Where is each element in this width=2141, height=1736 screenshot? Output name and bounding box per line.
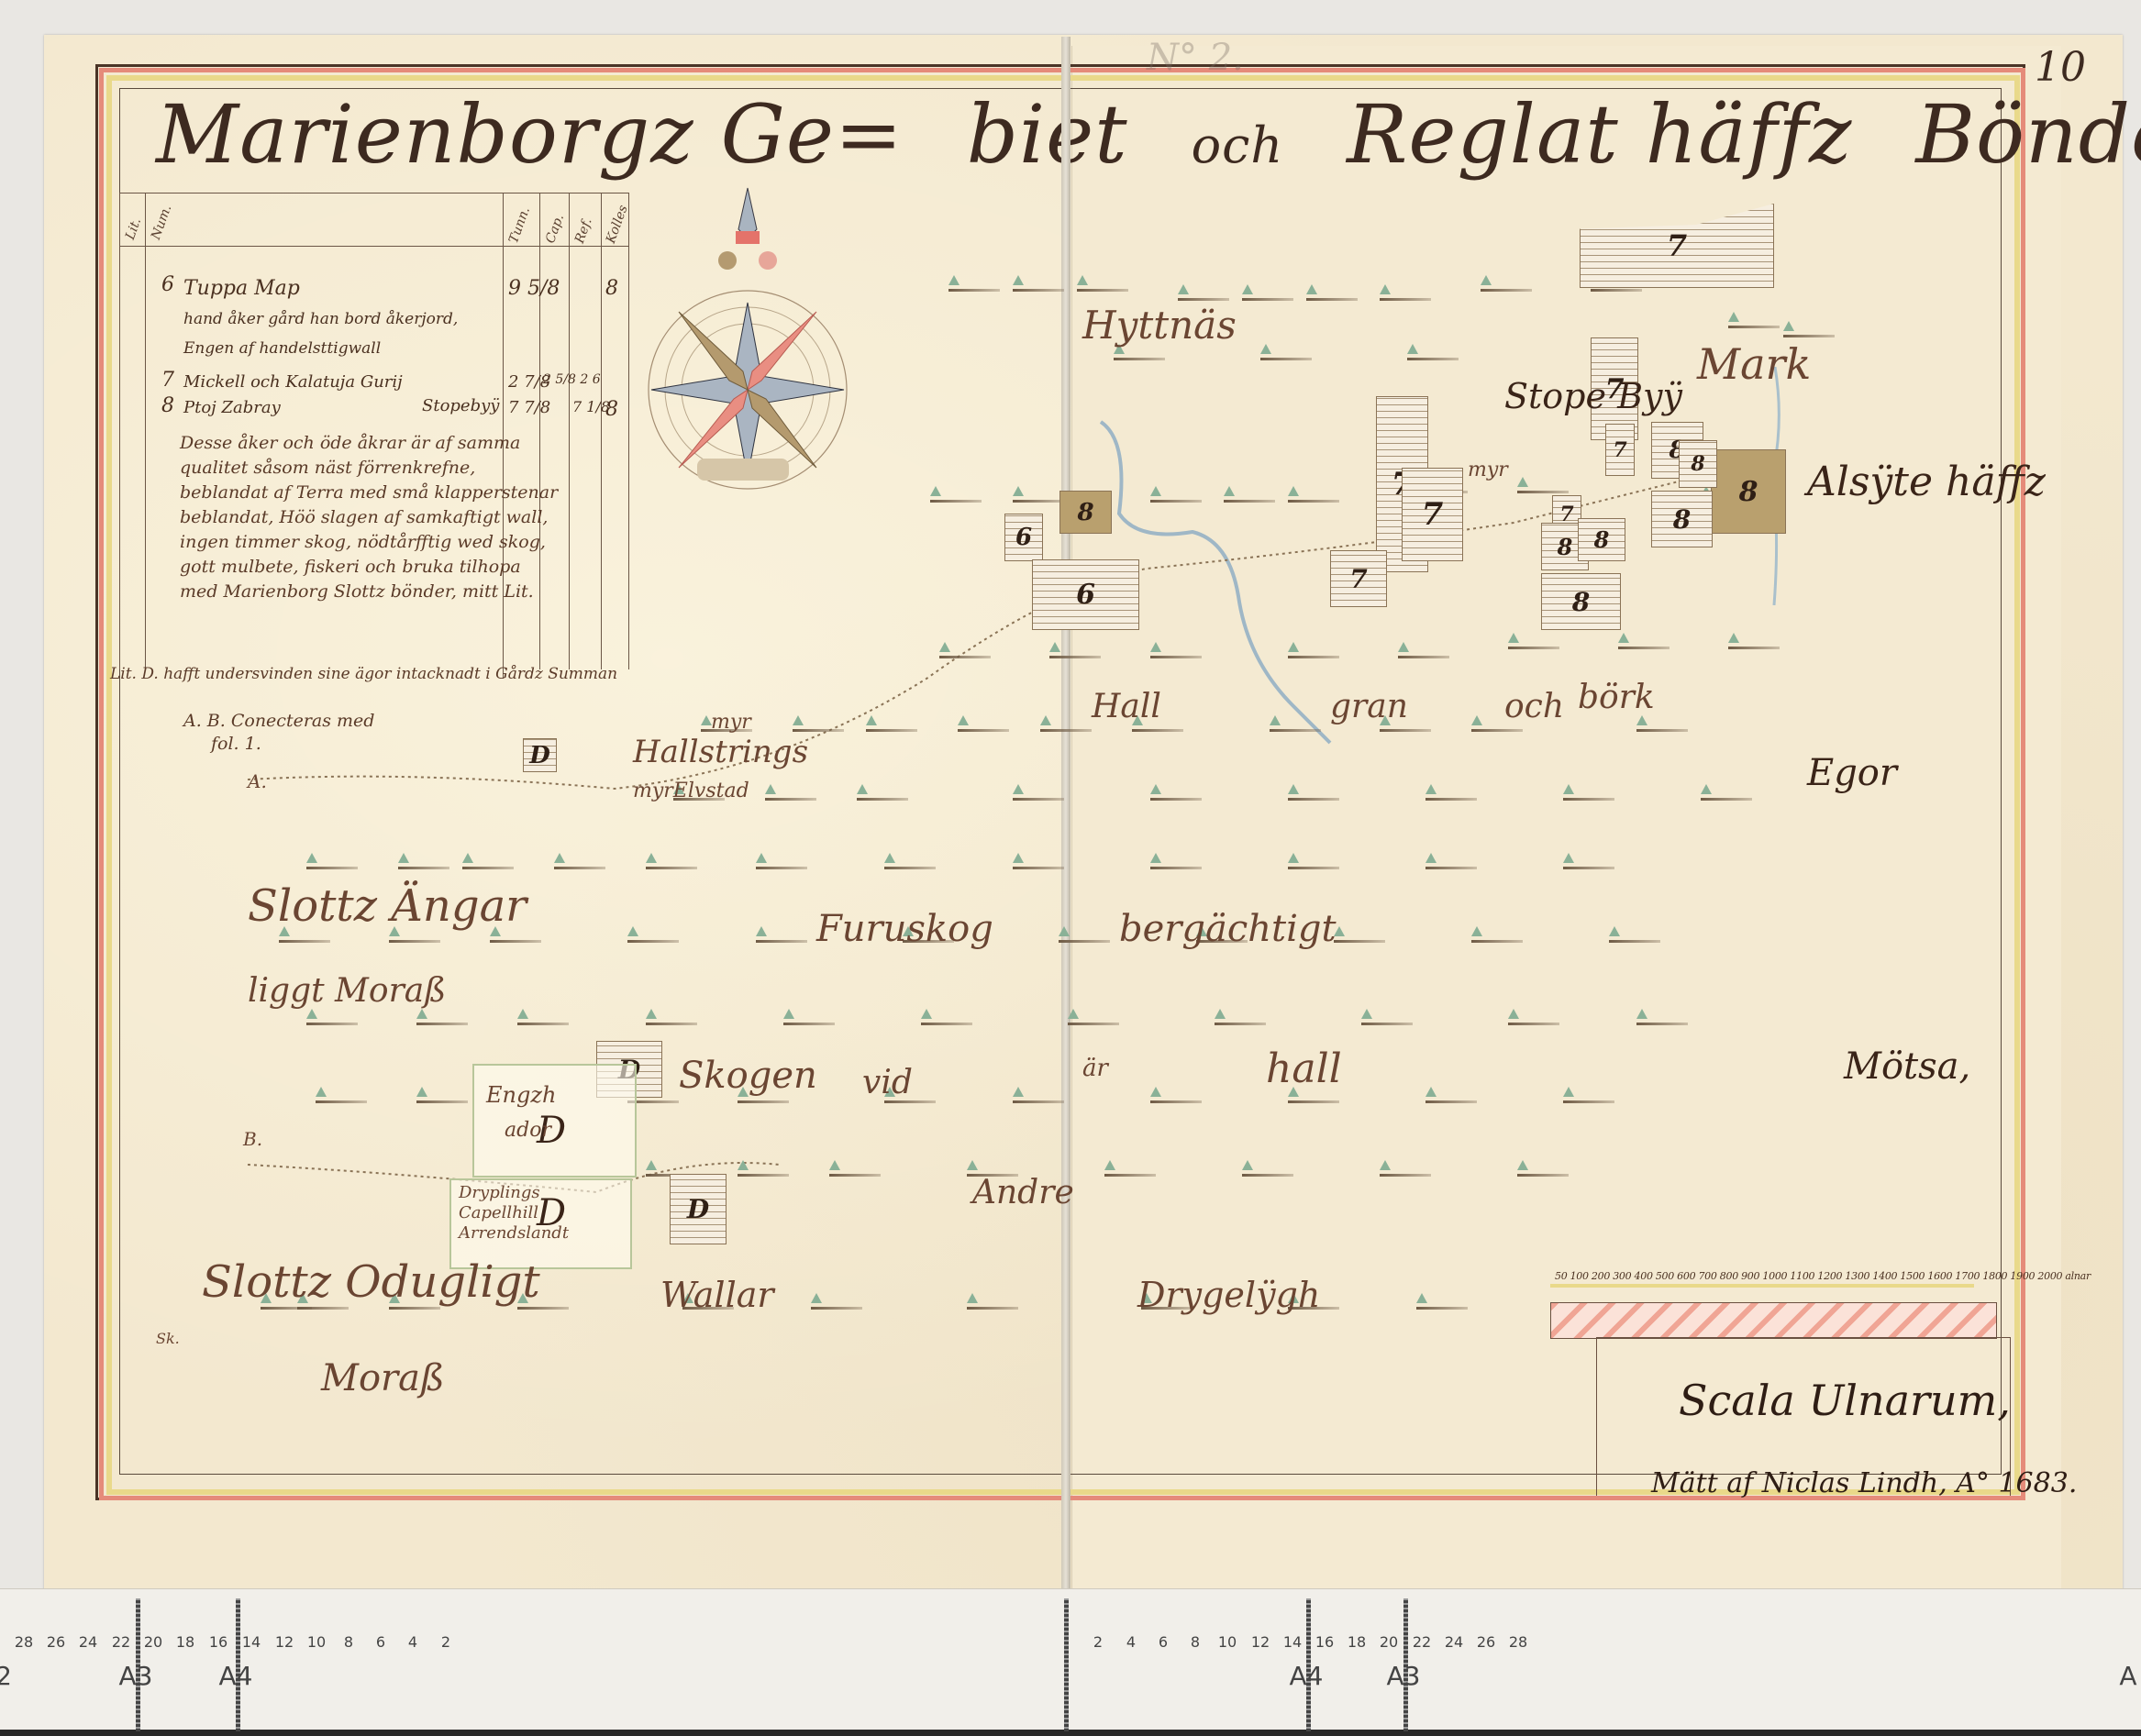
- tree-icon: [1403, 344, 1459, 364]
- tree-icon: [1009, 784, 1064, 804]
- label-hyttnes: Hyttnäs: [1082, 303, 1237, 348]
- label-marker-a: A.: [248, 770, 267, 792]
- tree-icon: [1284, 486, 1339, 506]
- parcel-8d: 8: [1679, 440, 1717, 488]
- label-myr-left: myr: [711, 711, 751, 734]
- ruler-number: 4: [1126, 1633, 1136, 1651]
- tree-icon: [1073, 275, 1128, 295]
- label-bergachtigt: bergächtigt: [1119, 908, 1337, 950]
- ruler-number: 18: [1348, 1633, 1366, 1651]
- ruler-edge-label-left: 2: [0, 1661, 12, 1691]
- tree-icon: [1238, 1160, 1293, 1180]
- ruler-number: 2: [441, 1633, 450, 1651]
- ruler-number: 18: [176, 1633, 194, 1651]
- tree-icon: [1101, 1160, 1156, 1180]
- row-7-num: 7: [161, 369, 174, 392]
- table-col-rule: [119, 193, 120, 669]
- parcel-8f: 8: [1578, 518, 1625, 561]
- tree-icon: [1559, 1087, 1614, 1107]
- label-marker-b: B.: [243, 1128, 262, 1150]
- tree-icon: [1147, 1087, 1202, 1107]
- label-och: och: [1504, 688, 1564, 725]
- row-7-col-b: 2 5/8 2 6: [543, 372, 601, 387]
- ruler-number: 12: [275, 1633, 294, 1651]
- label-alsyte-haff: Alsÿte häffz: [1807, 459, 2046, 505]
- tree-icon: [1422, 1087, 1477, 1107]
- table-header-rule: [119, 246, 628, 247]
- label-egor: Egor: [1807, 752, 1897, 794]
- tree-icon: [826, 1160, 881, 1180]
- label-hall: Hall: [1092, 688, 1161, 725]
- table-col-rule: [145, 193, 146, 669]
- tree-icon: [1009, 1087, 1064, 1107]
- tree-icon: [780, 1009, 835, 1029]
- tree-icon: [1147, 486, 1202, 506]
- label-drygelygh: Drygelÿgh: [1137, 1275, 1320, 1315]
- tree-icon: [1559, 853, 1614, 873]
- title-part-3: och: [1192, 116, 1284, 174]
- parcel-8g: 8: [1541, 573, 1621, 630]
- ghost-annotation: N° 2.: [1147, 37, 1244, 79]
- scale-bar-yellow: [1550, 1284, 1974, 1288]
- label-ar: är: [1082, 1055, 1108, 1082]
- tree-icon: [1376, 1160, 1431, 1180]
- label-capellhill: Capellhill: [459, 1203, 538, 1222]
- ruler-number: 8: [344, 1633, 353, 1651]
- label-furuskog: Furuskog: [816, 908, 993, 950]
- tree-icon: [1147, 853, 1202, 873]
- tree-icon: [1174, 284, 1229, 304]
- row-7-name: Mickell och Kalatuja Gurij: [183, 372, 403, 392]
- tree-icon: [1633, 715, 1688, 735]
- parcel-8b-olive: 8: [1711, 449, 1786, 534]
- label-slottz-odugligt: Slottz Odugligt: [202, 1256, 540, 1308]
- label-hall-2: hall: [1266, 1045, 1342, 1092]
- ruler-number: 22: [1413, 1633, 1431, 1651]
- ruler-edge: [0, 1730, 2141, 1736]
- parcel-7d: 7: [1330, 550, 1387, 607]
- tree-icon: [1514, 477, 1569, 497]
- ruler-center-mark: [1064, 1598, 1069, 1731]
- ruler-number: 6: [1159, 1633, 1168, 1651]
- ruler-number: 16: [1315, 1633, 1334, 1651]
- parcel-d-c: D: [670, 1174, 727, 1244]
- parcel-6b: 6: [1032, 559, 1139, 630]
- ruler-number: 20: [1380, 1633, 1398, 1651]
- label-marker-sk: Sk.: [156, 1330, 180, 1347]
- label-bork: börk: [1578, 679, 1655, 716]
- map-title: Marienborgz Ge= biet och Reglat häffz Bö…: [156, 87, 2141, 182]
- title-part-5: Bönder,: [1915, 87, 2141, 182]
- tree-icon: [1422, 784, 1477, 804]
- tree-icon: [1468, 926, 1523, 946]
- tree-icon: [1559, 784, 1614, 804]
- parcel-6a: 6: [1004, 514, 1043, 561]
- scale-title: Scala Ulnarum,: [1679, 1376, 2011, 1425]
- tree-icon: [514, 1009, 569, 1029]
- tree-icon: [1697, 784, 1752, 804]
- parcel-8c: 8: [1651, 491, 1713, 547]
- ruler-edge-label-right: A: [2119, 1661, 2136, 1691]
- tree-icon: [1046, 642, 1101, 662]
- row-6-desc-2: Engen af handelsttigwall: [183, 339, 381, 358]
- tree-icon: [1037, 715, 1092, 735]
- tree-icon: [1147, 784, 1202, 804]
- title-part-2: biet: [967, 87, 1128, 182]
- label-gran: gran: [1330, 688, 1408, 725]
- label-skogen: Skogen: [679, 1055, 817, 1097]
- tree-icon: [394, 853, 449, 873]
- tree-icon: [1147, 642, 1202, 662]
- tree-icon: [1514, 1160, 1569, 1180]
- tree-icon: [1284, 784, 1339, 804]
- tree-icon: [1477, 275, 1532, 295]
- measuring-ruler: 2 28 26 24 22 20 18 16 14 12 10 8 6 4 2 …: [0, 1588, 2141, 1736]
- tree-icon: [624, 926, 679, 946]
- ruler-number: 22: [112, 1633, 130, 1651]
- tree-icon: [734, 1160, 789, 1180]
- ruler-number: 28: [15, 1633, 33, 1651]
- col-header-kolles: Kolles: [604, 204, 631, 246]
- row-6-col-a: 9 5/8: [508, 277, 560, 300]
- ruler-number: 28: [1509, 1633, 1527, 1651]
- parcel-7c: 7: [1402, 468, 1463, 561]
- tree-icon: [642, 853, 697, 873]
- parcel-8h-olive: 8: [1059, 491, 1112, 534]
- row-8-num: 8: [161, 394, 174, 417]
- label-hallstrings: Hallstrings: [633, 734, 808, 770]
- tree-icon: [1257, 344, 1312, 364]
- label-stope-byy: Stope Byÿ: [1504, 376, 1682, 416]
- tree-icon: [1009, 275, 1064, 295]
- row-6-num: 6: [161, 273, 174, 296]
- tree-icon: [1009, 486, 1064, 506]
- tree-icon: [807, 1293, 862, 1313]
- tree-icon: [1633, 1009, 1688, 1029]
- tree-icon: [926, 486, 982, 506]
- label-moras: Moraß: [321, 1357, 445, 1399]
- ruler-label-a4-left: A4: [219, 1661, 253, 1691]
- col-header-tunn: Tunn.: [506, 205, 533, 246]
- row-8-col-b: 7 1/8: [572, 398, 610, 415]
- tree-icon: [312, 1087, 367, 1107]
- tree-icon: [1422, 853, 1477, 873]
- label-wallar: Wallar: [660, 1275, 774, 1315]
- label-mark: Mark: [1697, 339, 1811, 389]
- tree-icon: [917, 1009, 972, 1029]
- tree-icon: [1284, 642, 1339, 662]
- tree-icon: [413, 1087, 468, 1107]
- label-engzh: Engzh: [486, 1082, 556, 1108]
- tree-icon: [936, 642, 991, 662]
- ruler-number: 14: [1283, 1633, 1302, 1651]
- col-header-ref: Ref.: [572, 216, 595, 246]
- ruler-number: 14: [242, 1633, 261, 1651]
- tree-icon: [1780, 321, 1835, 341]
- label-motsa: Mötsa,: [1844, 1045, 1970, 1088]
- tree-icon: [1284, 853, 1339, 873]
- tree-icon: [1725, 312, 1780, 332]
- tree-icon: [1220, 486, 1275, 506]
- row-8-village: Stopebyÿ: [422, 396, 499, 415]
- tree-icon: [954, 715, 1009, 735]
- row-6-desc-1: hand åker gård han bord åkerjord,: [183, 310, 458, 328]
- tree-icon: [1330, 926, 1385, 946]
- label-myr-elvstad: myrElvstad: [633, 780, 749, 802]
- tree-icon: [1211, 1009, 1266, 1029]
- ruler-number: 26: [47, 1633, 65, 1651]
- label-liggt-moras: liggt Moraß: [248, 972, 446, 1010]
- tree-icon: [413, 1009, 468, 1029]
- parcel-7e: 7: [1605, 424, 1635, 476]
- col-header-num: Num.: [149, 203, 174, 241]
- tree-icon: [881, 853, 936, 873]
- parcel-d-a: D: [523, 738, 557, 772]
- label-ador: ador: [505, 1119, 551, 1142]
- ruler-number: 2: [1093, 1633, 1103, 1651]
- ruler-number: 26: [1477, 1633, 1495, 1651]
- ruler-label-a3-left: A3: [119, 1661, 153, 1691]
- ruler-number: 10: [307, 1633, 326, 1651]
- tree-icon: [752, 926, 807, 946]
- tree-icon: [1394, 642, 1449, 662]
- ruler-number: 20: [144, 1633, 162, 1651]
- row-6-name: Tuppa Map: [183, 277, 300, 300]
- ruler-number: 10: [1218, 1633, 1237, 1651]
- tree-icon: [303, 1009, 358, 1029]
- tree-icon: [1358, 1009, 1413, 1029]
- label-slottz-angar: Slottz Ängar: [248, 880, 527, 932]
- ruler-number: 4: [408, 1633, 417, 1651]
- tree-icon: [1725, 633, 1780, 653]
- tree-icon: [853, 784, 908, 804]
- col-header-lit: Lit.: [123, 216, 144, 242]
- ruler-number: 8: [1191, 1633, 1200, 1651]
- row-8-name: Ptoj Zabray: [183, 398, 281, 417]
- page-number: 10: [2035, 44, 2086, 91]
- tree-icon: [1614, 633, 1670, 653]
- col-header-cap: Cap.: [543, 212, 567, 245]
- tree-icon: [752, 853, 807, 873]
- tree-icon: [945, 275, 1000, 295]
- label-myr: myr: [1468, 459, 1508, 481]
- row-8-col-a: 7 7/8: [508, 398, 550, 417]
- title-part-1: Marienborgz Ge=: [156, 87, 904, 182]
- tree-icon: [963, 1293, 1018, 1313]
- tree-icon: [1504, 1009, 1559, 1029]
- row-6-col-c: 8: [605, 277, 618, 300]
- ruler-label-a4-right: A4: [1290, 1661, 1324, 1691]
- ruler-number: 6: [376, 1633, 385, 1651]
- tree-icon: [1303, 284, 1358, 304]
- tree-icon: [1413, 1293, 1468, 1313]
- label-arrendslandt: Arrendslandt: [459, 1223, 569, 1243]
- tree-icon: [1605, 926, 1660, 946]
- tree-icon: [642, 1009, 697, 1029]
- label-andre: Andre: [972, 1174, 1074, 1211]
- tree-icon: [1055, 926, 1110, 946]
- tree-icon: [1009, 853, 1064, 873]
- tree-icon: [789, 715, 844, 735]
- tree-icon: [761, 784, 816, 804]
- row-8-col-c: 8: [605, 398, 618, 421]
- tree-icon: [459, 853, 514, 873]
- ruler-number: 24: [1445, 1633, 1463, 1651]
- ruler-number: 12: [1251, 1633, 1270, 1651]
- ruler-label-a3-right: A3: [1387, 1661, 1421, 1691]
- table-top-rule: [119, 193, 628, 194]
- tree-icon: [1266, 715, 1321, 735]
- scale-tick-labels: 50 100 200 300 400 500 600 700 800 900 1…: [1555, 1270, 2091, 1282]
- title-part-4: Reglat häffz: [1347, 87, 1852, 182]
- tree-icon: [303, 853, 358, 873]
- tree-icon: [1376, 284, 1431, 304]
- tree-icon: [1064, 1009, 1119, 1029]
- tree-icon: [1504, 633, 1559, 653]
- tree-icon: [862, 715, 917, 735]
- surveyor-signature: Mätt af Niclas Lindh, A° 1683.: [1651, 1467, 2077, 1499]
- tree-icon: [1238, 284, 1293, 304]
- label-vid: vid: [862, 1064, 913, 1101]
- ruler-number: 24: [79, 1633, 97, 1651]
- tree-icon: [550, 853, 605, 873]
- ruler-number: 16: [209, 1633, 227, 1651]
- label-dryplings: Dryplings: [459, 1183, 540, 1202]
- scale-bar-hatched: [1550, 1302, 1997, 1339]
